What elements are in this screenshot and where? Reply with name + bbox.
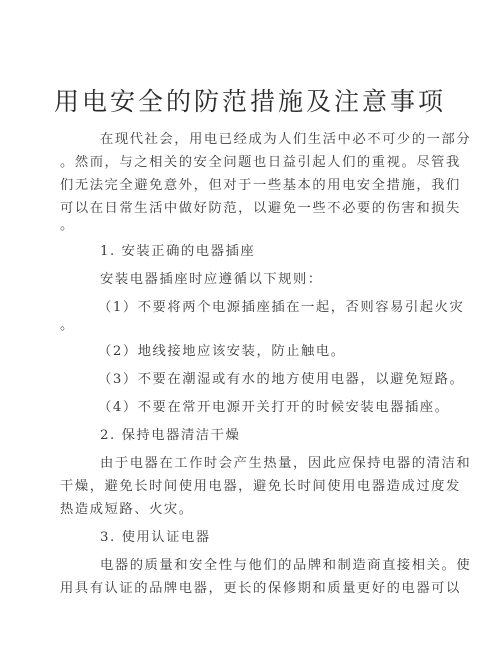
- paragraph-line: 们无法完全避免意外，但对于一些基本的用电安全措施，我们: [60, 174, 440, 193]
- paragraph-line: 用具有认证的品牌电器，更长的保修期和质量更好的电器可以: [60, 577, 440, 596]
- list-item: （4）不要在常开电源开关打开的时候安装电器插座。: [98, 396, 478, 415]
- list-item: 。: [60, 314, 440, 333]
- paragraph-line: 热造成短路、火灾。: [60, 498, 440, 517]
- section-heading: 3. 使用认证电器: [100, 526, 440, 545]
- document-page: 用电安全的防范措施及注意事项 在现代社会，用电已经成为人们生活中必不可少的一部分…: [0, 0, 500, 647]
- paragraph-line: 干燥，避免长时间使用电器，避免长时间使用电器造成过度发: [60, 475, 440, 494]
- document-title: 用电安全的防范措施及注意事项: [0, 82, 500, 118]
- paragraph-line: 在现代社会，用电已经成为人们生活中必不可少的一部分: [100, 128, 440, 147]
- section-heading: 1. 安装正确的电器插座: [100, 240, 440, 259]
- paragraph-line: 安装电器插座时应遵循以下规则：: [100, 268, 440, 287]
- list-item: （3）不要在潮湿或有水的地方使用电器，以避免短路。: [98, 368, 478, 387]
- paragraph-line: 。: [60, 214, 440, 233]
- paragraph-line: 。然而，与之相关的安全问题也日益引起人们的重视。尽管我: [60, 151, 440, 170]
- paragraph-line: 由于电器在工作时会产生热量，因此应保持电器的清洁和: [100, 452, 440, 471]
- paragraph-line: 电器的质量和安全性与他们的品牌和制造商直接相关。使: [100, 554, 440, 573]
- list-item: （2）地线接地应该安装，防止触电。: [98, 340, 478, 359]
- list-item: （1）不要将两个电源插座插在一起，否则容易引起火灾: [98, 296, 478, 315]
- section-heading: 2. 保持电器清洁干燥: [100, 424, 440, 443]
